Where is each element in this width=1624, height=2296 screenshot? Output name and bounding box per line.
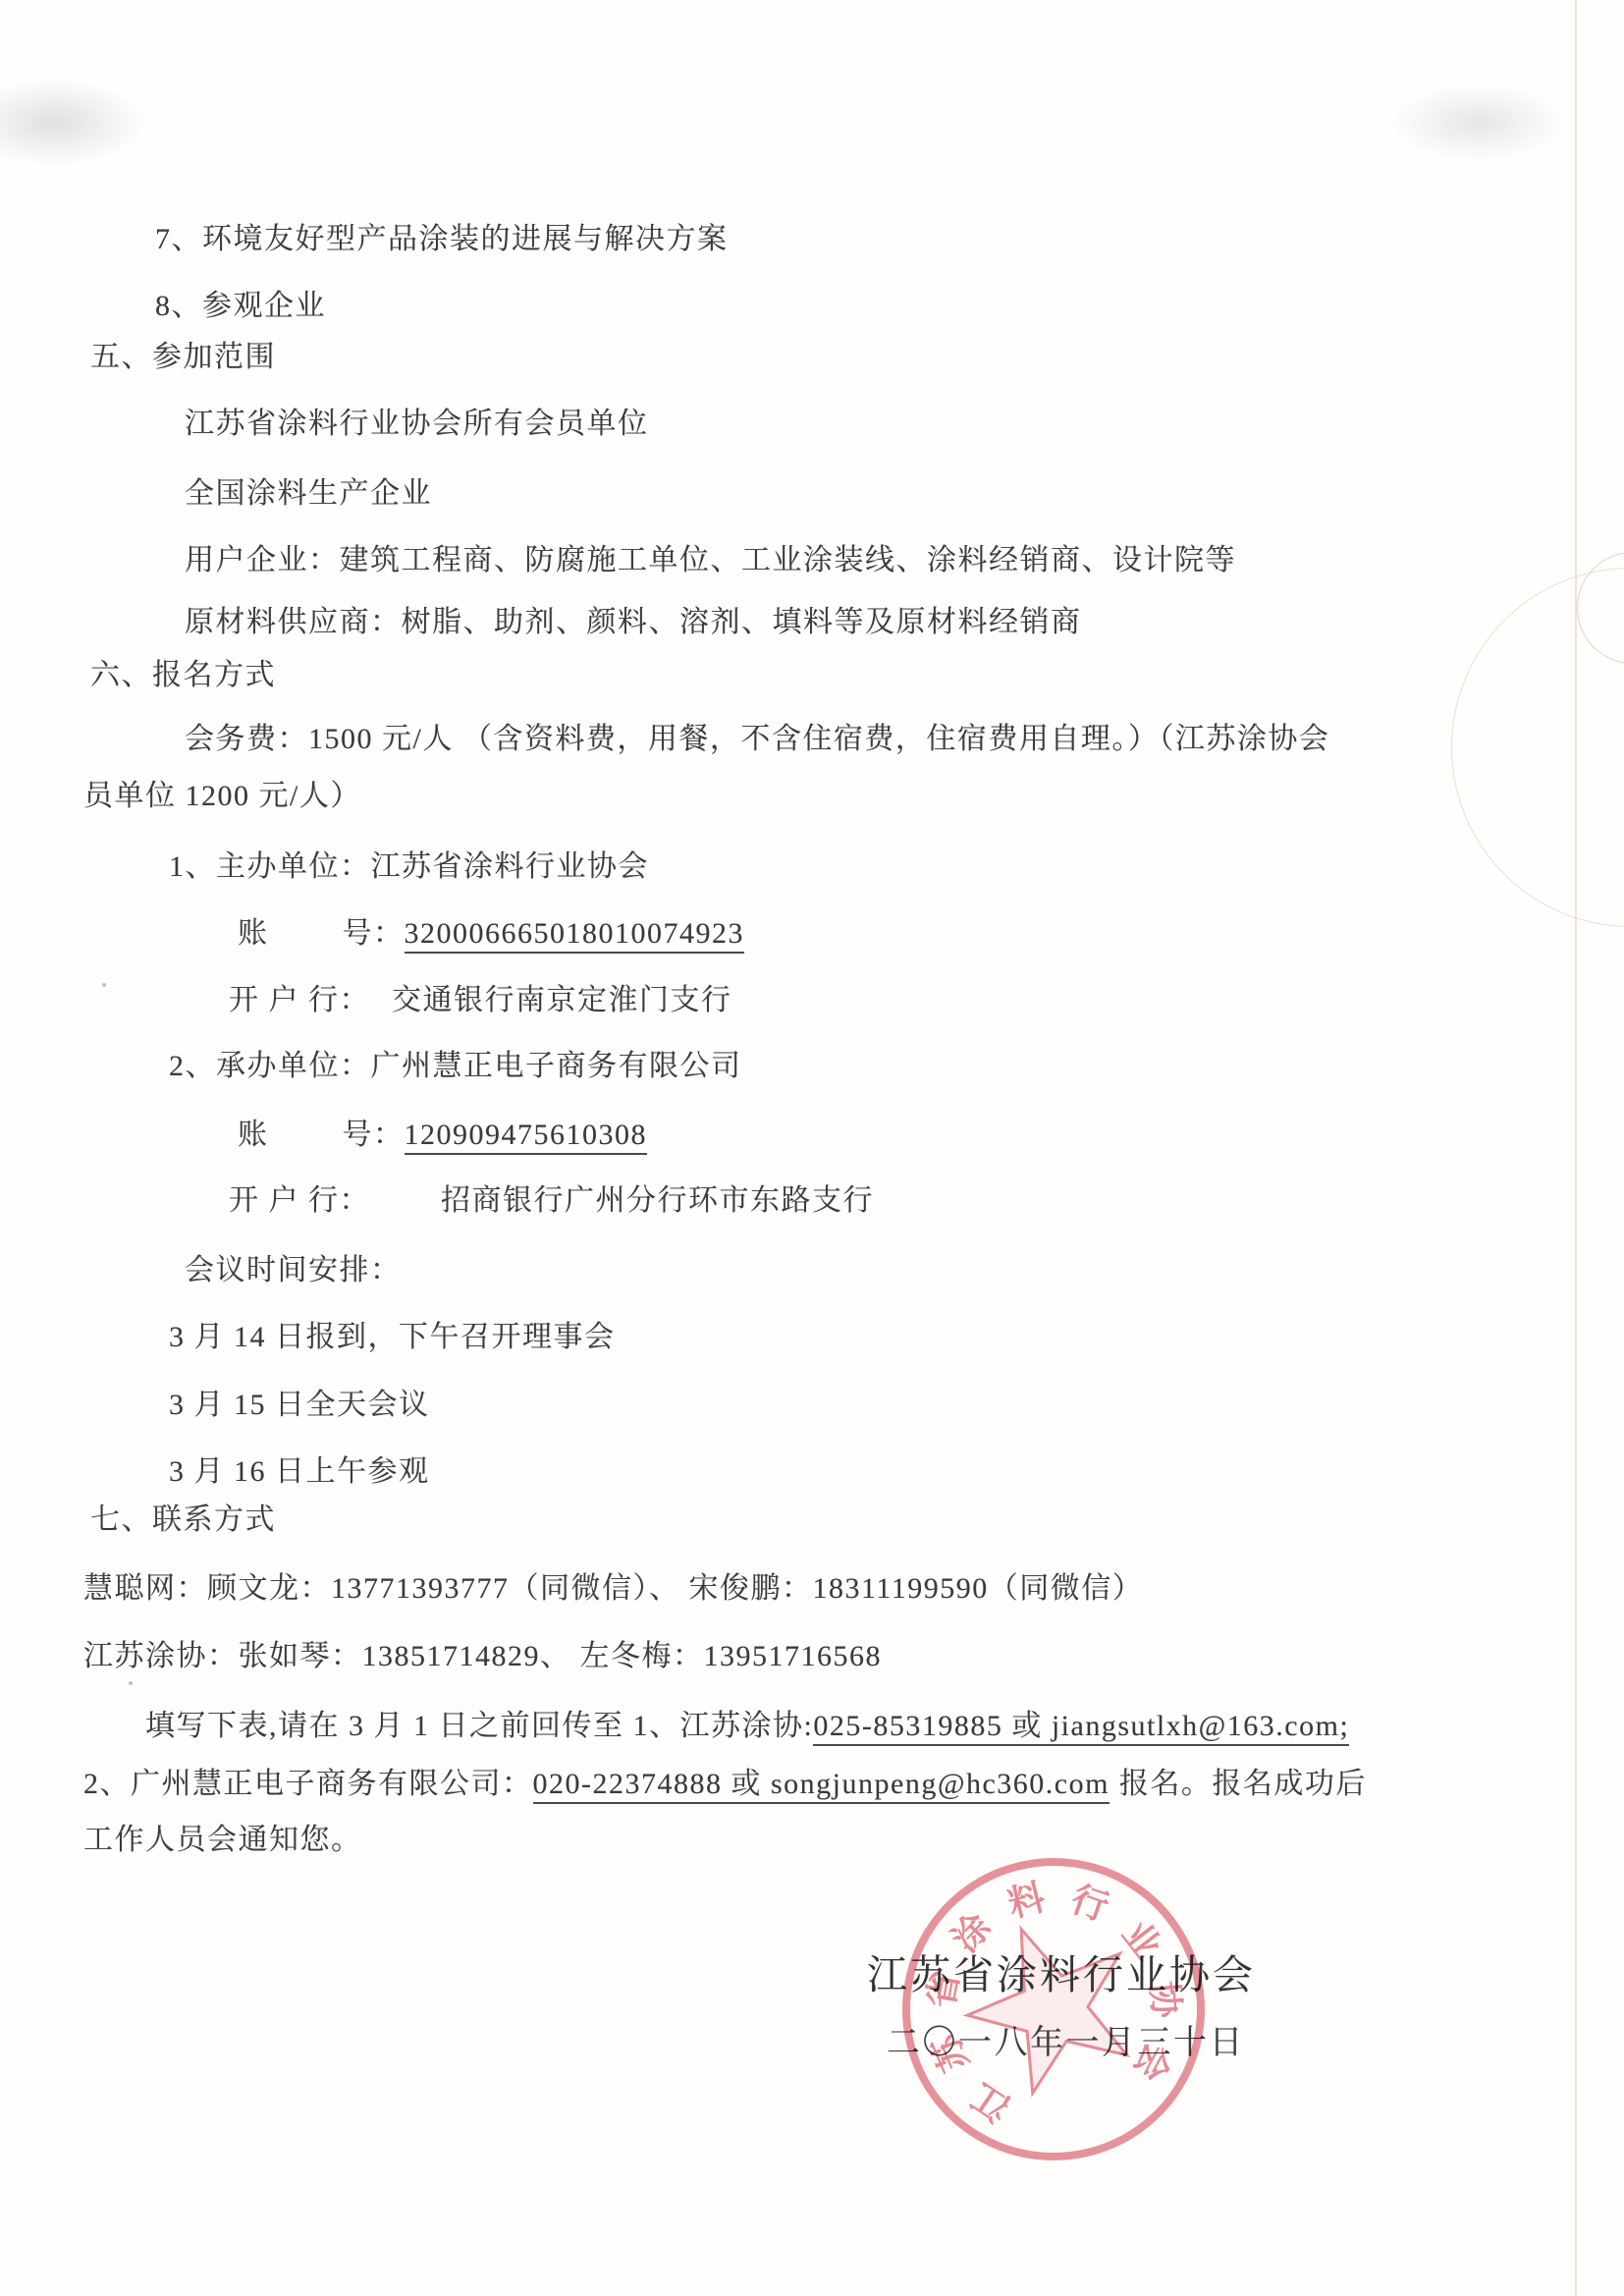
schedule-heading: 会议时间安排： bbox=[185, 1249, 402, 1292]
bank-label: 开 户 行： bbox=[229, 984, 370, 1016]
organizer-title: 1、主办单位：江苏省涂料行业协会 bbox=[169, 846, 649, 889]
register-line-2-suffix: 报名。报名成功后 bbox=[1119, 1768, 1367, 1800]
contact-line-2: 江苏涂协：张如琴：13851714829、 左冬梅：13951716568 bbox=[83, 1635, 882, 1678]
account-label-2: 号： bbox=[343, 917, 405, 950]
svg-text:会: 会 bbox=[1125, 2036, 1178, 2087]
organizer-bank-row: 开 户 行：交通银行南京定淮门支行 bbox=[229, 979, 732, 1022]
undertaker-title: 2、承办单位：广州慧正电子商务有限公司 bbox=[169, 1045, 742, 1088]
register-instruction-line-2: 2、广州慧正电子商务有限公司：020-22374888 或 songjunpen… bbox=[83, 1763, 1367, 1806]
svg-text:涂: 涂 bbox=[945, 1906, 1000, 1961]
scan-smudge-top-right bbox=[1389, 83, 1566, 162]
scope-line-3: 用户企业：建筑工程商、防腐施工单位、工业涂装线、涂料经销商、设计院等 bbox=[185, 539, 1236, 582]
svg-text:行: 行 bbox=[1066, 1879, 1114, 1930]
contact-line-1: 慧聪网：顾文龙：13771393777（同微信）、 宋俊鹏：1831119959… bbox=[83, 1567, 1143, 1611]
section-6-heading: 六、报名方式 bbox=[90, 654, 276, 697]
scan-curl-arc-large bbox=[1451, 568, 1624, 927]
schedule-day-2: 3 月 15 日全天会议 bbox=[169, 1384, 430, 1427]
svg-text:省: 省 bbox=[920, 1968, 967, 2011]
account-label-2: 号： bbox=[343, 1119, 405, 1151]
register-fax-email-2: 020-22374888 或 songjunpeng@hc360.com bbox=[533, 1768, 1110, 1804]
fee-line-1: 会务费：1500 元/人 （含资料费，用餐，不含住宿费，住宿费用自理。）（江苏涂… bbox=[185, 718, 1329, 761]
section-7-heading: 七、联系方式 bbox=[90, 1499, 276, 1542]
scan-smudge-top-left bbox=[0, 79, 147, 167]
scanned-document-page: 7、环境友好型产品涂装的进展与解决方案 8、参观企业 五、参加范围 江苏省涂料行… bbox=[0, 0, 1624, 2296]
register-fax-email-1: 025-85319885 或 jiangsutlxh@163.com; bbox=[813, 1710, 1349, 1746]
schedule-day-1: 3 月 14 日报到，下午召开理事会 bbox=[169, 1316, 616, 1359]
schedule-day-3: 3 月 16 日上午参观 bbox=[169, 1450, 430, 1494]
svg-text:业: 业 bbox=[1113, 1914, 1167, 1967]
scan-page-edge-line bbox=[1575, 0, 1577, 2296]
official-red-stamp: 江苏省涂料行业协会 bbox=[861, 1817, 1247, 2203]
svg-text:协: 协 bbox=[1143, 1980, 1187, 2022]
fee-line-2: 员单位 1200 元/人） bbox=[83, 775, 361, 818]
svg-text:江: 江 bbox=[965, 2074, 1018, 2128]
register-line-1-prefix: 填写下表,请在 3 月 1 日之前回传至 1、江苏涂协: bbox=[145, 1710, 813, 1742]
agenda-item-8: 8、参观企业 bbox=[155, 285, 326, 328]
register-instruction-line-1: 填写下表,请在 3 月 1 日之前回传至 1、江苏涂协:025-85319885… bbox=[145, 1705, 1349, 1748]
account-label: 账 bbox=[238, 1119, 269, 1151]
account-label: 账 bbox=[238, 917, 269, 950]
register-instruction-line-3: 工作人员会通知您。 bbox=[83, 1819, 362, 1862]
svg-text:料: 料 bbox=[1004, 1877, 1050, 1926]
scan-speck bbox=[102, 983, 106, 987]
undertaker-bank-name: 招商银行广州分行环市东路支行 bbox=[441, 1184, 874, 1217]
scan-speck bbox=[129, 1681, 133, 1685]
svg-text:苏: 苏 bbox=[925, 2027, 978, 2077]
organizer-bank-name: 交通银行南京定淮门支行 bbox=[392, 984, 732, 1016]
organizer-account-number: 320006665018010074923 bbox=[405, 917, 745, 954]
register-line-2-prefix: 2、广州慧正电子商务有限公司： bbox=[83, 1768, 533, 1800]
scope-line-1: 江苏省涂料行业协会所有会员单位 bbox=[185, 403, 649, 446]
scope-line-2: 全国涂料生产企业 bbox=[185, 472, 432, 516]
agenda-item-7: 7、环境友好型产品涂装的进展与解决方案 bbox=[155, 218, 729, 261]
organizer-account-row: 账号：320006665018010074923 bbox=[238, 912, 744, 956]
section-5-heading: 五、参加范围 bbox=[90, 336, 276, 379]
undertaker-account-number: 120909475610308 bbox=[405, 1119, 648, 1155]
undertaker-account-row: 账号：120909475610308 bbox=[238, 1114, 647, 1157]
bank-label: 开 户 行： bbox=[229, 1184, 370, 1217]
undertaker-bank-row: 开 户 行：招商银行广州分行环市东路支行 bbox=[229, 1179, 874, 1223]
scope-line-4: 原材料供应商：树脂、助剂、颜料、溶剂、填料等及原材料经销商 bbox=[185, 601, 1082, 644]
